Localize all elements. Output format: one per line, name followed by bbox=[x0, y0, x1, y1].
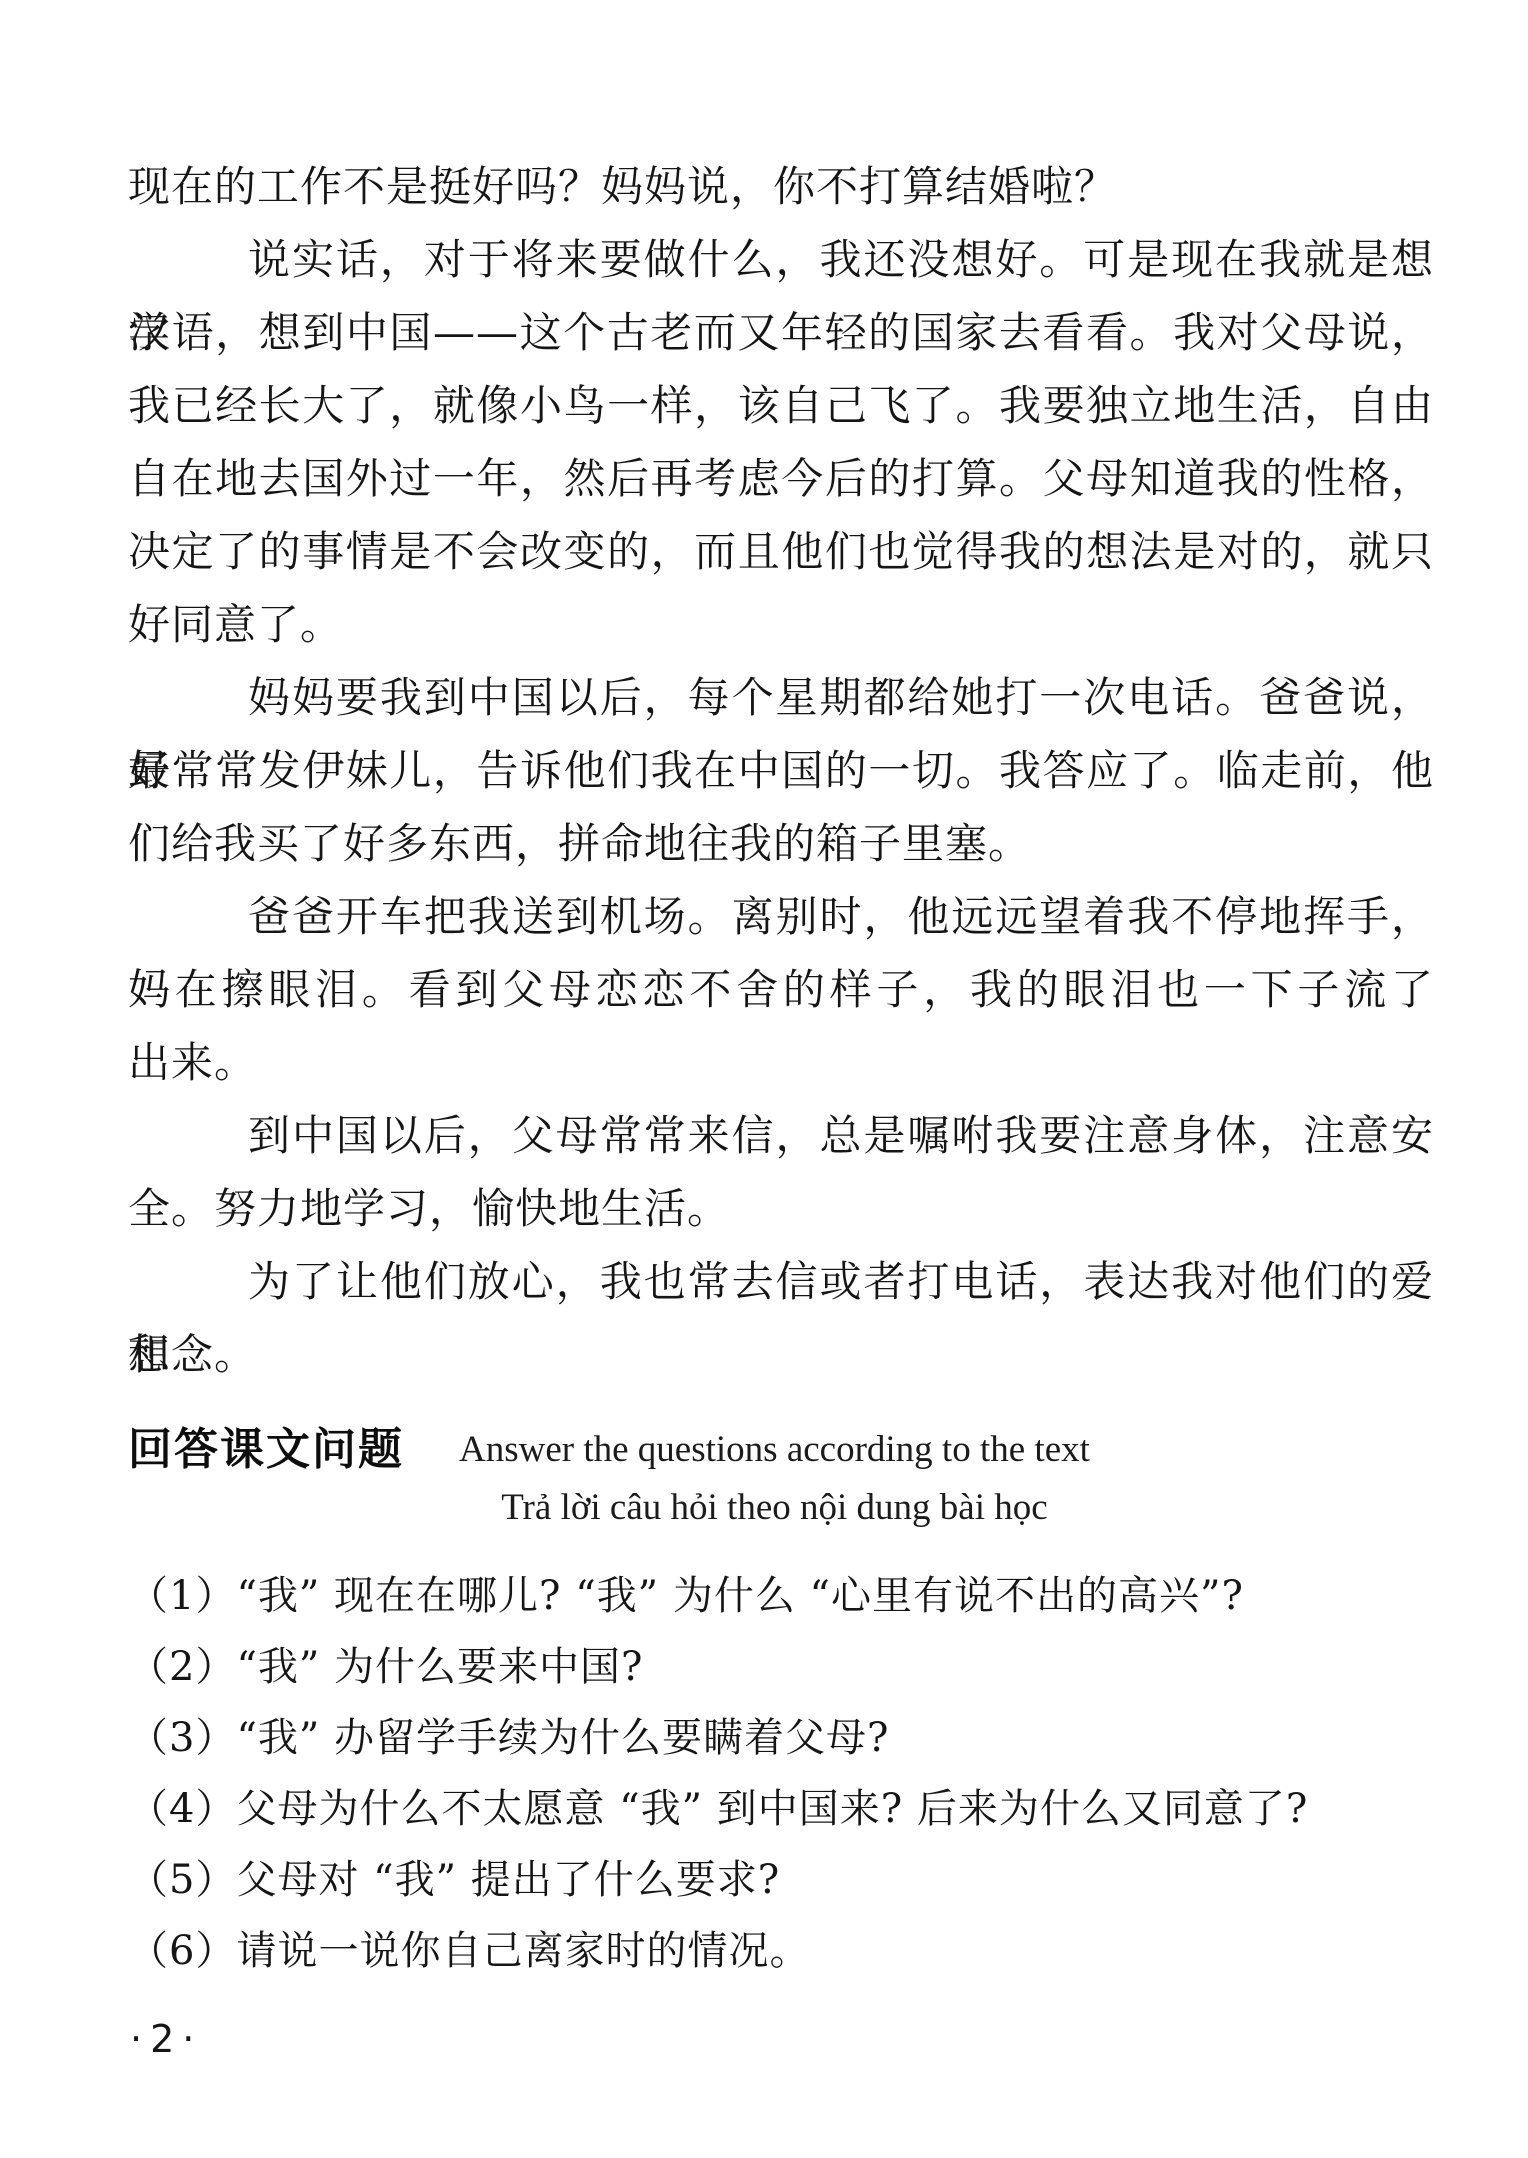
text-line: 决定了的事情是不会改变的，而且他们也觉得我的想法是对的，就只 bbox=[128, 515, 1434, 588]
text-line: 到中国以后，父母常常来信，总是嘱咐我要注意身体，注意安 bbox=[128, 1099, 1434, 1172]
question-item: （5）父母对 “我” 提出了什么要求? bbox=[128, 1845, 1434, 1916]
text-line: 出来。 bbox=[128, 1026, 1434, 1099]
text-line: 妈在擦眼泪。看到父母恋恋不舍的样子，我的眼泪也一下子流了 bbox=[128, 953, 1434, 1026]
text-line: 说实话，对于将来要做什么，我还没想好。可是现在我就是想学 bbox=[128, 223, 1434, 296]
page-number: ·2· bbox=[130, 2017, 1528, 2061]
text-line: 为了让他们放心，我也常去信或者打电话，表达我对他们的爱和 bbox=[128, 1245, 1434, 1318]
text-line: 爸爸开车把我送到机场。离别时，他远远望着我不停地挥手，妈 bbox=[128, 880, 1434, 953]
question-item: （6）请说一说你自己离家时的情况。 bbox=[128, 1916, 1434, 1987]
text-line: 现在的工作不是挺好吗？妈妈说，你不打算结婚啦？ bbox=[128, 150, 1434, 223]
text-line: 好常常发伊妹儿，告诉他们我在中国的一切。我答应了。临走前，他 bbox=[128, 734, 1434, 807]
text-line: 妈妈要我到中国以后，每个星期都给她打一次电话。爸爸说，最 bbox=[128, 661, 1434, 734]
question-item: （3）“我” 办留学手续为什么要瞒着父母? bbox=[128, 1703, 1434, 1774]
question-item: （4）父母为什么不太愿意 “我” 到中国来? 后来为什么又同意了? bbox=[128, 1774, 1434, 1845]
text-line: 自在地去国外过一年，然后再考虑今后的打算。父母知道我的性格， bbox=[128, 442, 1434, 515]
textbook-page: 现在的工作不是挺好吗？妈妈说，你不打算结婚啦？ 说实话，对于将来要做什么，我还没… bbox=[0, 0, 1528, 2158]
exercise-header: 回答课文问题 Answer the questions according to… bbox=[128, 1421, 1528, 1537]
text-line: 汉语，想到中国——这个古老而又年轻的国家去看看。我对父母说， bbox=[128, 296, 1434, 369]
text-line: 我已经长大了，就像小鸟一样，该自己飞了。我要独立地生活，自由 bbox=[128, 369, 1434, 442]
text-line: 全。努力地学习，愉快地生活。 bbox=[128, 1172, 1434, 1245]
text-line: 好同意了。 bbox=[128, 588, 1434, 661]
exercise-subtitles: Answer the questions according to the te… bbox=[459, 1421, 1090, 1537]
question-list: （1）“我” 现在在哪儿? “我” 为什么 “心里有说不出的高兴”? （2）“我… bbox=[128, 1561, 1434, 1987]
text-line: 们给我买了好多东西，拼命地往我的箱子里塞。 bbox=[128, 807, 1434, 880]
text-line: 想念。 bbox=[128, 1318, 1434, 1391]
exercise-subtitle-english: Answer the questions according to the te… bbox=[459, 1421, 1090, 1479]
lesson-text: 现在的工作不是挺好吗？妈妈说，你不打算结婚啦？ 说实话，对于将来要做什么，我还没… bbox=[128, 0, 1434, 1391]
question-item: （1）“我” 现在在哪儿? “我” 为什么 “心里有说不出的高兴”? bbox=[128, 1561, 1434, 1632]
exercise-title: 回答课文问题 bbox=[128, 1421, 404, 1479]
question-item: （2）“我” 为什么要来中国? bbox=[128, 1632, 1434, 1703]
exercise-subtitle-vietnamese: Trả lời câu hỏi theo nội dung bài học bbox=[459, 1479, 1090, 1537]
